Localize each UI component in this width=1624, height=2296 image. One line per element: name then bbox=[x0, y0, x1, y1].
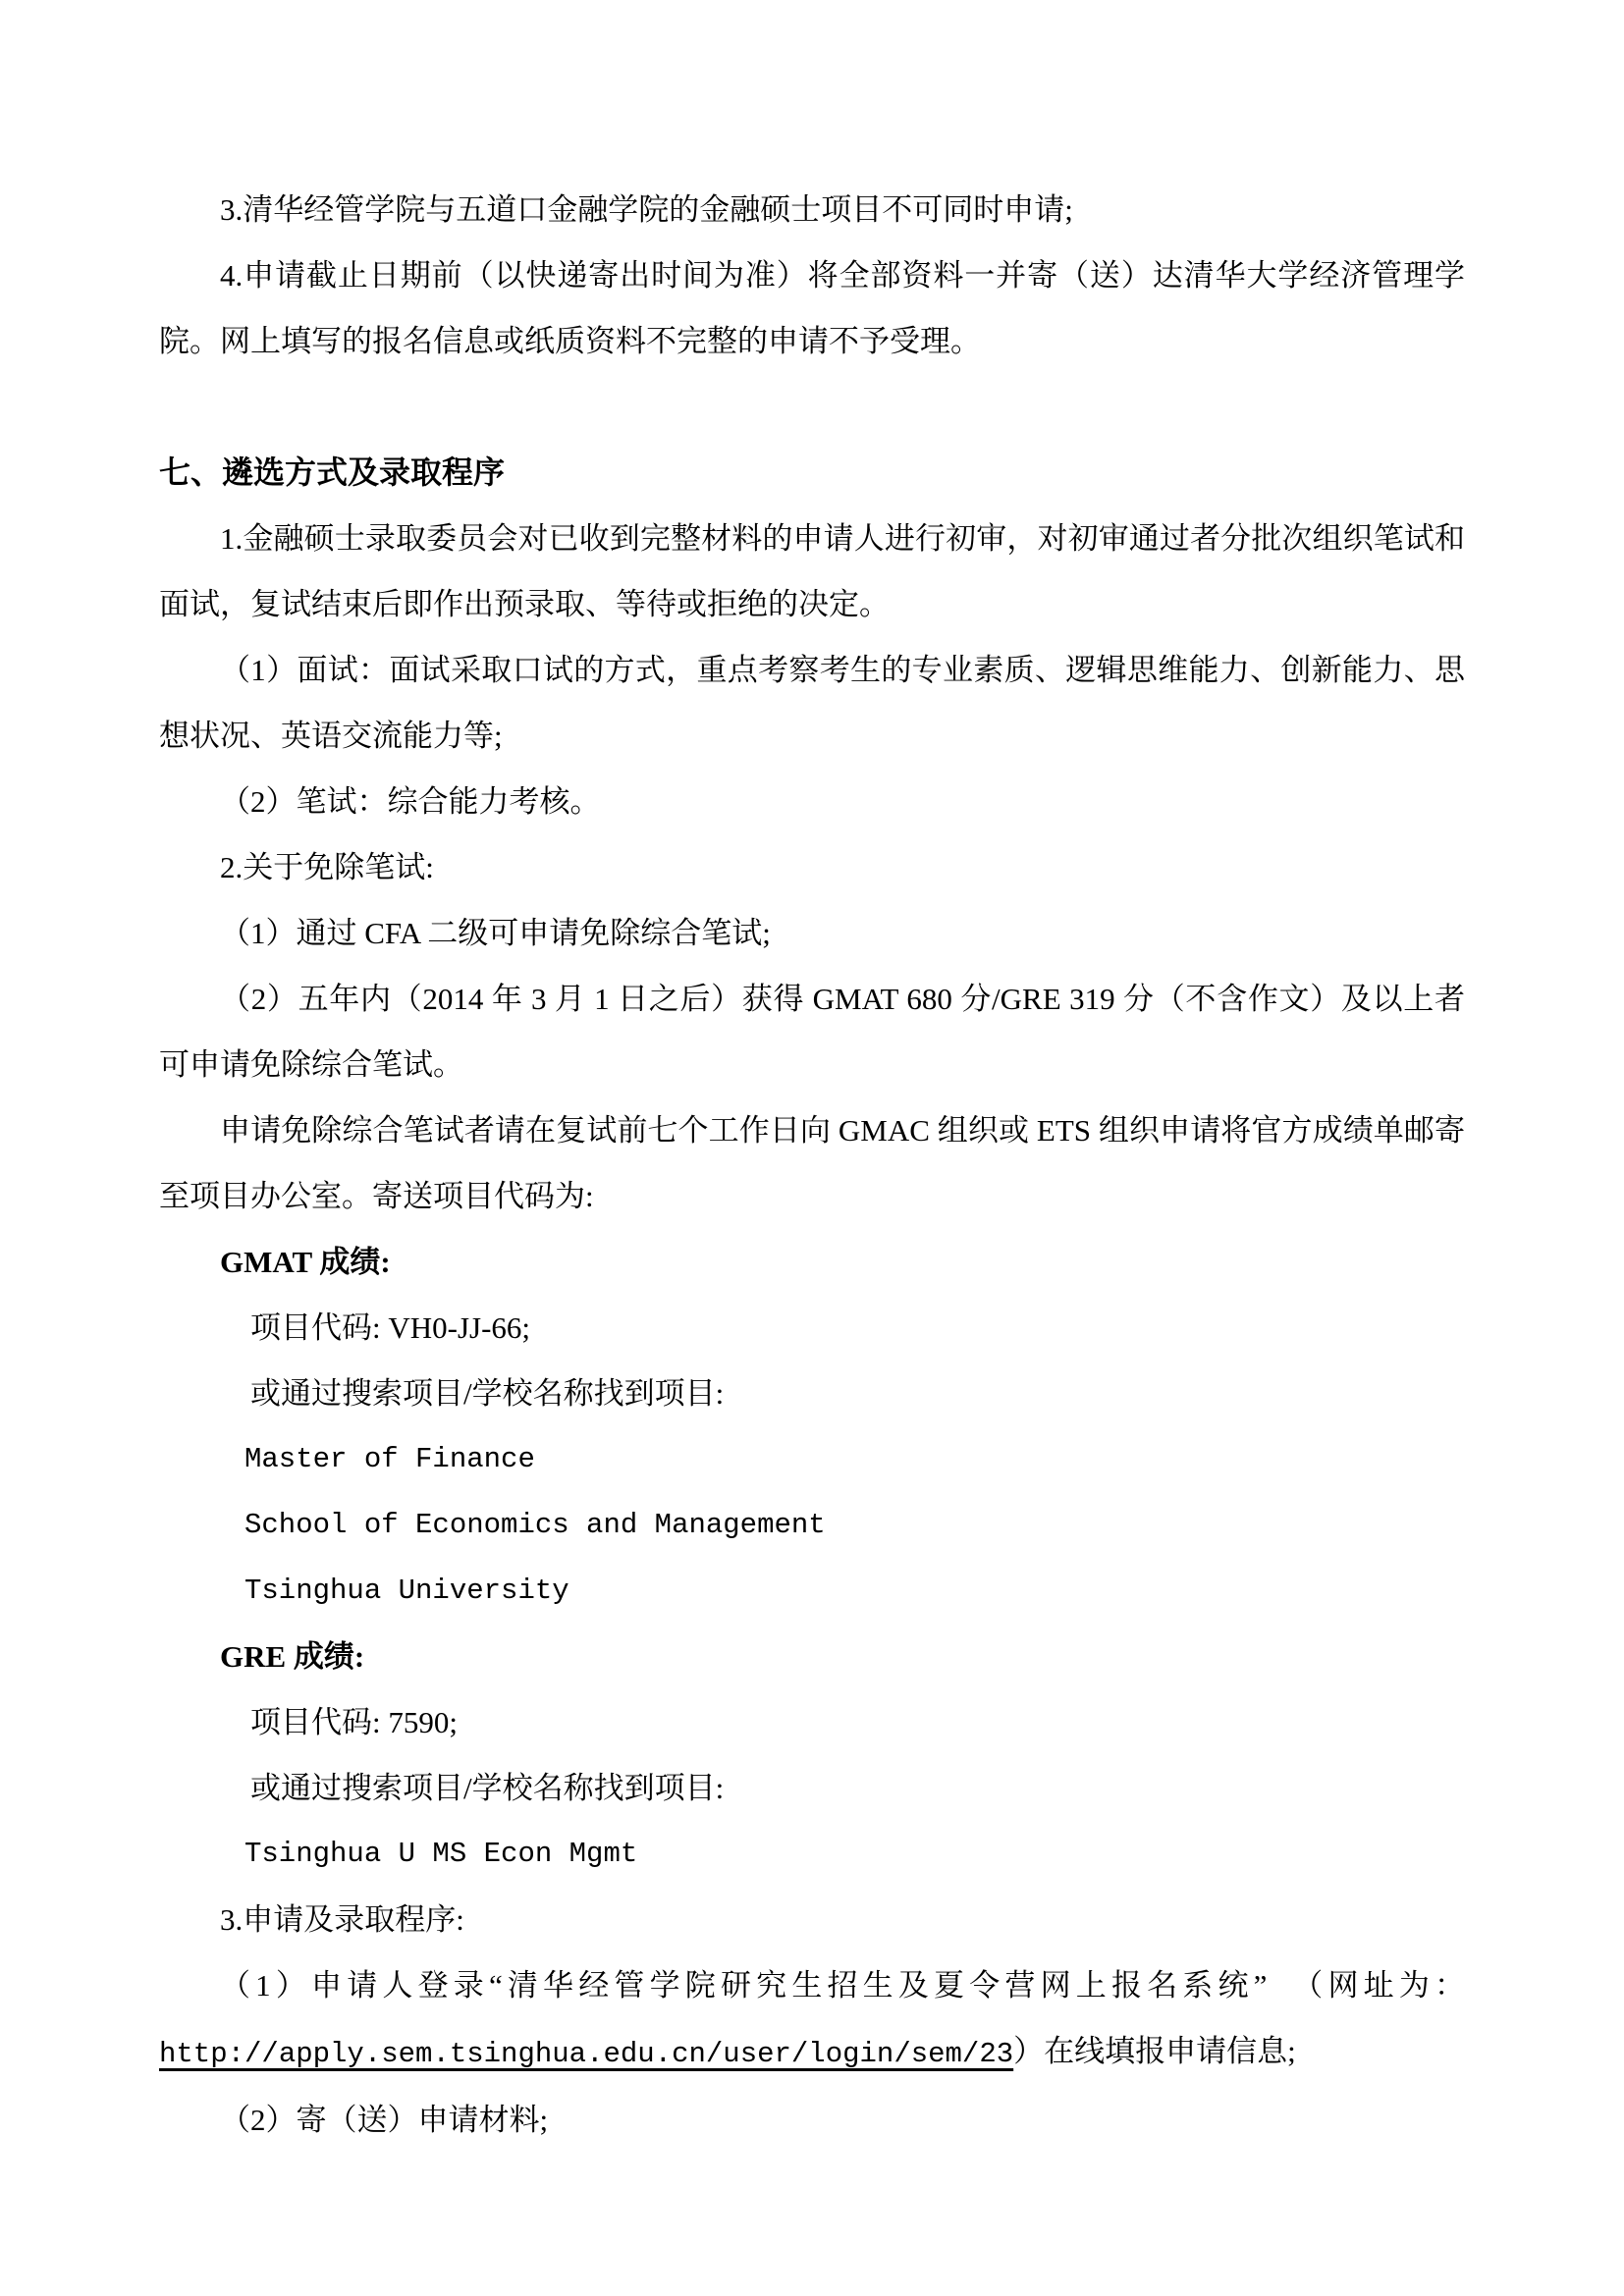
application-system-url-link[interactable]: http://apply.sem.tsinghua.edu.cn/user/lo… bbox=[159, 2038, 1013, 2070]
gmat-school-name-line: School of Economics and Management bbox=[159, 1492, 1465, 1558]
gmat-score-label: GMAT 成绩: bbox=[159, 1229, 1465, 1295]
gmat-university-name-line: Tsinghua University bbox=[159, 1558, 1465, 1624]
para-apply-step-2: （2）寄（送）申请材料; bbox=[159, 2087, 1465, 2153]
section-heading: 七、遴选方式及录取程序 bbox=[159, 440, 1465, 506]
gre-program-name-line: Tsinghua U MS Econ Mgmt bbox=[159, 1821, 1465, 1887]
apply-step-1-text-after: ）在线填报申请信息; bbox=[1013, 2034, 1296, 2068]
para-apply-step-1: （1）申请人登录“清华经管学院研究生招生及夏令营网上报名系统” （网址为：htt… bbox=[159, 1952, 1465, 2087]
gmat-search-hint: 或通过搜索项目/学校名称找到项目: bbox=[159, 1361, 1465, 1426]
apply-step-1-text-before: （1）申请人登录“清华经管学院研究生招生及夏令营网上报名系统” （网址为： bbox=[220, 1968, 1465, 2002]
document-page: 3.清华经管学院与五道口金融学院的金融硕士项目不可同时申请; 4.申请截止日期前… bbox=[0, 0, 1624, 2296]
intro-item-3: 3.清华经管学院与五道口金融学院的金融硕士项目不可同时申请; bbox=[159, 177, 1465, 242]
para-waiver-cfa: （1）通过 CFA 二级可申请免除综合笔试; bbox=[159, 900, 1465, 966]
para-written-test: （2）笔试：综合能力考核。 bbox=[159, 769, 1465, 834]
para-selection-overview: 1.金融硕士录取委员会对已收到完整材料的申请人进行初审，对初审通过者分批次组织笔… bbox=[159, 506, 1465, 637]
intro-item-4: 4.申请截止日期前（以快递寄出时间为准）将全部资料一并寄（送）达清华大学经济管理… bbox=[159, 242, 1465, 374]
gre-score-label: GRE 成绩: bbox=[159, 1624, 1465, 1689]
para-item-2-waiver: 2.关于免除笔试: bbox=[159, 834, 1465, 900]
para-waiver-mailing: 申请免除综合笔试者请在复试前七个工作日向 GMAC 组织或 ETS 组织申请将官… bbox=[159, 1097, 1465, 1229]
para-waiver-scores: （2）五年内（2014 年 3 月 1 日之后）获得 GMAT 680 分/GR… bbox=[159, 966, 1465, 1097]
document-content: 3.清华经管学院与五道口金融学院的金融硕士项目不可同时申请; 4.申请截止日期前… bbox=[159, 177, 1465, 2153]
gmat-program-name-line: Master of Finance bbox=[159, 1426, 1465, 1492]
gre-program-code: 项目代码: 7590; bbox=[159, 1689, 1465, 1755]
para-interview: （1）面试：面试采取口试的方式，重点考察考生的专业素质、逻辑思维能力、创新能力、… bbox=[159, 637, 1465, 769]
gmat-program-code: 项目代码: VH0-JJ-66; bbox=[159, 1295, 1465, 1361]
para-item-3-procedure: 3.申请及录取程序: bbox=[159, 1887, 1465, 1952]
gre-search-hint: 或通过搜索项目/学校名称找到项目: bbox=[159, 1755, 1465, 1821]
